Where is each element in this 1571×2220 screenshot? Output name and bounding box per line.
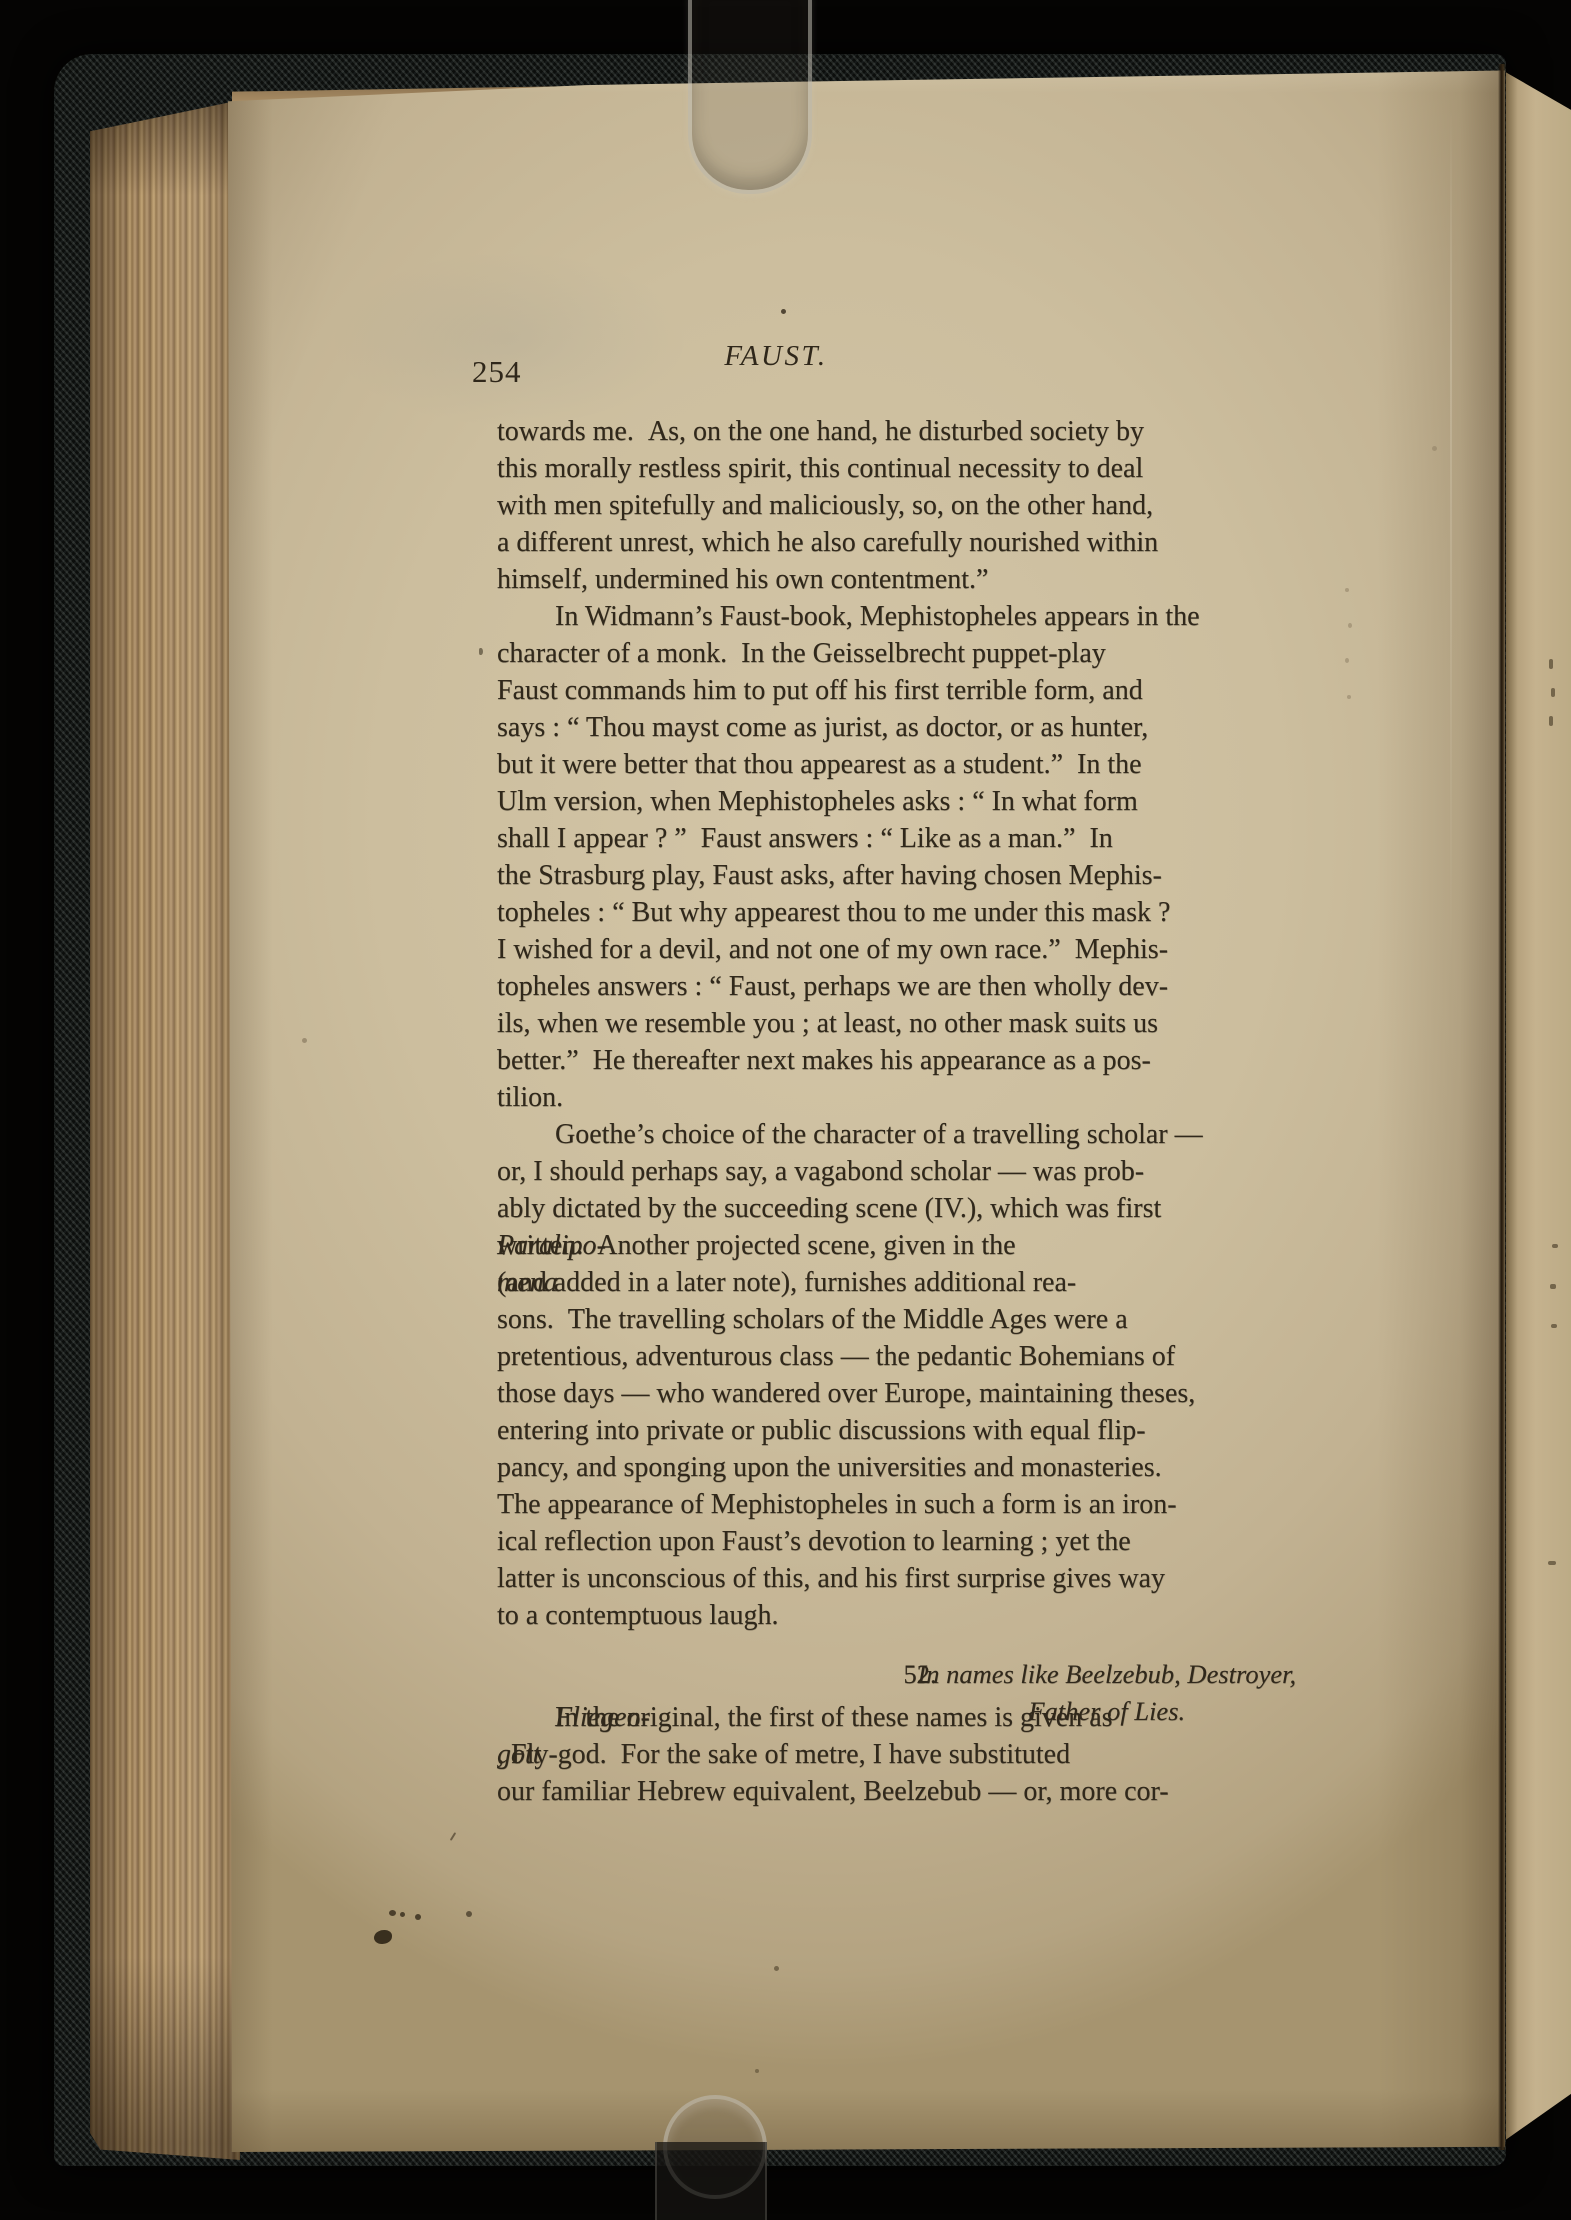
text-line: gott, Fly-god. For the sake of metre, I … [497, 1736, 1310, 1773]
text-line: ably dictated by the succeeding scene (I… [497, 1190, 1310, 1227]
text-line: but it were better that thou appearest a… [497, 746, 1310, 783]
ink-speck [1347, 695, 1351, 699]
text-line: entering into private or public discussi… [497, 1412, 1310, 1449]
text-line: Ulm version, when Mephistopheles asks : … [497, 783, 1310, 820]
book-page: 254 FAUST. towards me. As, on the one ha… [228, 68, 1505, 2152]
text-line: character of a monk. In the Geisselbrech… [497, 635, 1310, 672]
ink-speck [400, 1912, 405, 1917]
edge-text-fragment [1548, 1561, 1556, 1565]
text-line: I wished for a devil, and not one of my … [497, 931, 1310, 968]
ink-speck [302, 1038, 307, 1043]
text-line: to a contemptuous laugh. [497, 1597, 1310, 1634]
text-line: latter is unconscious of this, and his f… [497, 1560, 1310, 1597]
ink-speck [415, 1914, 421, 1920]
ink-speck [781, 309, 786, 314]
text-line: tilion. [497, 1079, 1310, 1116]
text-line: The appearance of Mephistopheles in such… [497, 1486, 1310, 1523]
text-line: Faust commands him to put off his first … [497, 672, 1310, 709]
page-crease [1450, 108, 1452, 968]
ink-speck [1432, 446, 1437, 451]
text-line: a different unrest, which he also carefu… [497, 524, 1310, 561]
text-line: written. Another projected scene, given … [497, 1227, 1310, 1264]
page-number: 254 [472, 354, 522, 390]
text-line: the Strasburg play, Faust asks, after ha… [497, 857, 1310, 894]
text-line: himself, undermined his own contentment.… [497, 561, 1310, 598]
edge-text-fragment [1549, 659, 1553, 669]
text-line: our familiar Hebrew equivalent, Beelzebu… [497, 1773, 1310, 1810]
text-block: towards me. As, on the one hand, he dist… [497, 413, 1310, 1810]
ink-speck [389, 1910, 396, 1916]
text-line: pancy, and sponging upon the universitie… [497, 1449, 1310, 1486]
text-line: better.” He thereafter next makes his ap… [497, 1042, 1310, 1079]
text-line: ils, when we resemble you ; at least, no… [497, 1005, 1310, 1042]
book-clamp-top [688, 0, 812, 194]
book-clamp-bottom-strap [655, 2142, 767, 2220]
ink-speck [466, 1911, 472, 1917]
ink-speck [774, 1966, 779, 1971]
running-title: FAUST. [676, 340, 876, 373]
ink-speck [1345, 588, 1349, 592]
text-line: or, I should perhaps say, a vagabond sch… [497, 1153, 1310, 1190]
text-line: Goethe’s choice of the character of a tr… [497, 1116, 1310, 1153]
note-heading: 52. In names like Beelzebub, Destroyer, … [497, 1656, 1310, 1693]
gutter-shadow [1498, 64, 1506, 2150]
ink-speck [1345, 658, 1349, 663]
text-line: topheles : “ But why appearest thou to m… [497, 894, 1310, 931]
text-line: says : “ Thou mayst come as jurist, as d… [497, 709, 1310, 746]
edge-text-fragment [1549, 716, 1553, 726]
ink-speck [479, 648, 483, 655]
edge-text-fragment [1551, 688, 1555, 697]
ink-blot [374, 1930, 392, 1944]
page-edges-stack [90, 92, 240, 2164]
edge-text-fragment [1552, 1244, 1558, 1248]
text-line: In Widmann’s Faust-book, Mephistopheles … [497, 598, 1310, 635]
edge-text-fragment [1551, 1324, 1557, 1328]
ink-speck [1348, 623, 1352, 628]
text-line: mena (and added in a later note), furnis… [497, 1264, 1310, 1301]
text-line: towards me. As, on the one hand, he dist… [497, 413, 1310, 450]
text-line: sons. The travelling scholars of the Mid… [497, 1301, 1310, 1338]
text-line: those days — who wandered over Europe, m… [497, 1375, 1310, 1412]
text-line: with men spitefully and maliciously, so,… [497, 487, 1310, 524]
edge-text-fragment [1550, 1284, 1556, 1289]
book-scan-photo: 254 FAUST. towards me. As, on the one ha… [0, 0, 1571, 2220]
text-line: pretentious, adventurous class — the ped… [497, 1338, 1310, 1375]
text-line: this morally restless spirit, this conti… [497, 450, 1310, 487]
text-line: ical reflection upon Faust’s devotion to… [497, 1523, 1310, 1560]
facing-page-sliver [1506, 64, 1571, 2148]
page-edges-shading [90, 92, 240, 2164]
text-line: shall I appear ? ” Faust answers : “ Lik… [497, 820, 1310, 857]
ink-speck [755, 2069, 759, 2073]
text-line: topheles answers : “ Faust, perhaps we a… [497, 968, 1310, 1005]
ink-speck [450, 1832, 456, 1841]
